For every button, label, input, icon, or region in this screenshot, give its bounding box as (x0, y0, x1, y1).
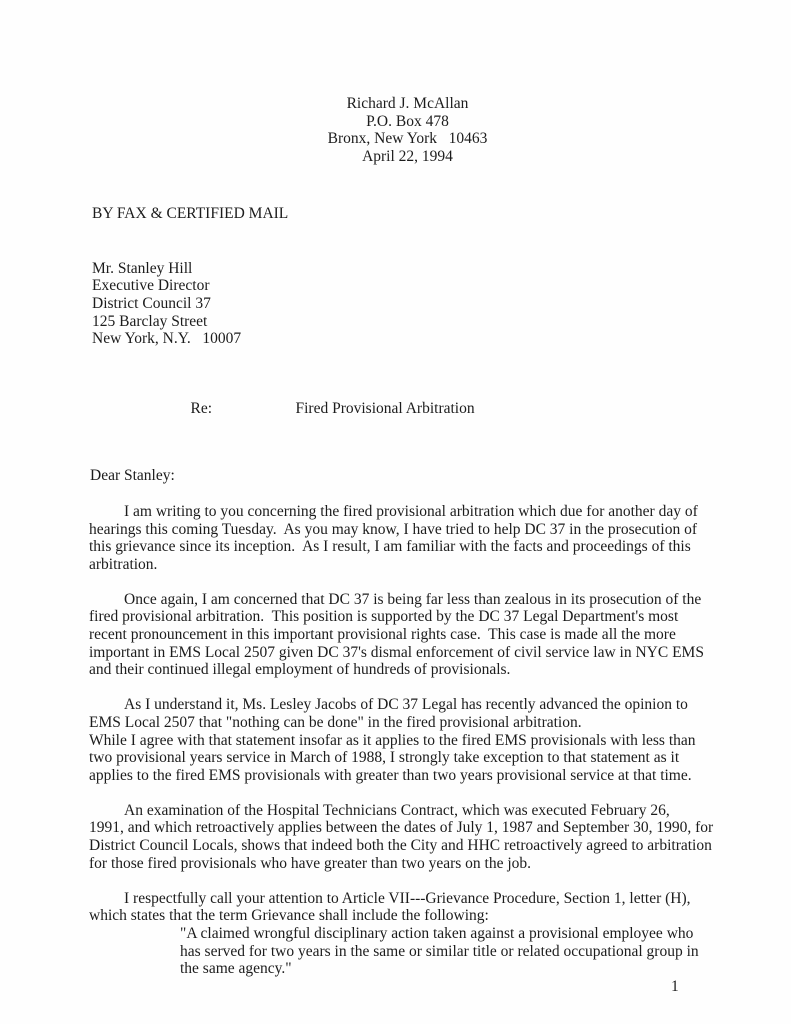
text-line: arbitration. (89, 556, 791, 574)
text-line: 125 Barclay Street (92, 313, 791, 331)
reference-line: Re:Fired Provisional Arbitration (90, 382, 791, 435)
text-line: P.O. Box 478 (24, 113, 791, 131)
text-line: recent pronouncement in this important p… (89, 626, 791, 644)
paragraph-4: An examination of the Hospital Technicia… (89, 802, 791, 873)
text-line: has served for two years in the same or … (180, 943, 791, 961)
paragraph-3: As I understand it, Ms. Lesley Jacobs of… (89, 696, 791, 785)
reference-subject: Fired Provisional Arbitration (296, 400, 475, 417)
text-line: important in EMS Local 2507 given DC 37'… (89, 644, 791, 662)
sender-address-block: Richard J. McAllanP.O. Box 478Bronx, New… (0, 0, 791, 166)
text-line: District Council 37 (92, 295, 791, 313)
letter-page: Richard J. McAllanP.O. Box 478Bronx, New… (0, 0, 791, 1024)
text-line: April 22, 1994 (24, 148, 791, 166)
text-line: Executive Director (92, 277, 791, 295)
text-line: District Council Locals, shows that inde… (89, 837, 791, 855)
contract-quotation-block: "A claimed wrongful disciplinary action … (180, 925, 791, 978)
text-line: two provisional years service in March o… (89, 749, 791, 767)
recipient-address-block: Mr. Stanley HillExecutive DirectorDistri… (92, 260, 791, 349)
text-line: EMS Local 2507 that "nothing can be done… (89, 714, 791, 732)
text-line: which states that the term Grievance sha… (89, 907, 791, 925)
page-number: 1 (671, 978, 679, 996)
paragraph-1: I am writing to you concerning the fired… (89, 503, 791, 574)
paragraph-5: I respectfully call your attention to Ar… (89, 890, 791, 925)
text-line: I am writing to you concerning the fired… (89, 503, 791, 521)
text-line: An examination of the Hospital Technicia… (89, 802, 791, 820)
text-line: Richard J. McAllan (24, 95, 791, 113)
text-line: 1991, and which retroactively applies be… (89, 819, 791, 837)
text-line: fired provisional arbitration. This posi… (89, 608, 791, 626)
text-line: "A claimed wrongful disciplinary action … (180, 925, 791, 943)
text-line: As I understand it, Ms. Lesley Jacobs of… (89, 696, 791, 714)
delivery-method-line: BY FAX & CERTIFIED MAIL (92, 205, 791, 223)
text-line: the same agency." (180, 960, 791, 978)
text-line: and their continued illegal employment o… (89, 661, 791, 679)
reference-label: Re: (191, 400, 296, 418)
text-line: New York, N.Y. 10007 (92, 330, 791, 348)
text-line: While I agree with that statement insofa… (89, 732, 791, 750)
text-line: for those fired provisionals who have gr… (89, 855, 791, 873)
text-line: I respectfully call your attention to Ar… (89, 890, 791, 908)
paragraph-2: Once again, I am concerned that DC 37 is… (89, 591, 791, 680)
text-line: Mr. Stanley Hill (92, 260, 791, 278)
text-line: Once again, I am concerned that DC 37 is… (89, 591, 791, 609)
text-line: this grievance since its inception. As I… (89, 538, 791, 556)
text-line: hearings this coming Tuesday. As you may… (89, 521, 791, 539)
text-line: applies to the fired EMS provisionals wi… (89, 767, 791, 785)
salutation: Dear Stanley: (90, 467, 791, 485)
text-line: Bronx, New York 10463 (24, 130, 791, 148)
